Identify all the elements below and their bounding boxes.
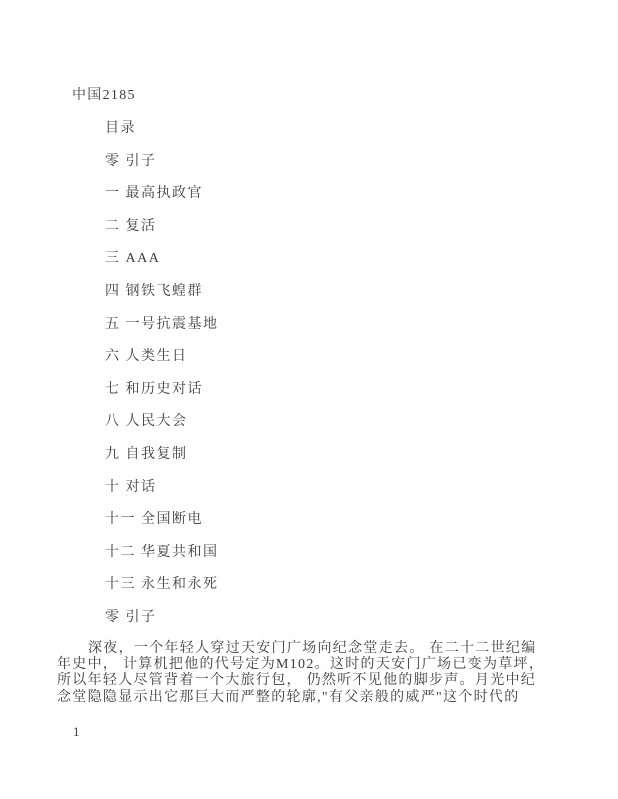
- body-line-0: 深夜，一个年轻人穿过天安门广场向纪念堂走去。 在二十二世纪编: [57, 641, 577, 657]
- body-line-3: 念堂隐隐显示出它那巨大而严整的轮廓,"有父亲般的威严"这个时代的: [57, 690, 577, 706]
- toc-item-10: 十 对话: [105, 472, 219, 505]
- table-of-contents: 目录 零 引子 一 最高执政官 二 复活 三 AAA 四 钢铁飞蝗群 五 一号抗…: [105, 113, 219, 635]
- section-heading: 零 引子: [105, 602, 219, 635]
- toc-item-7: 七 和历史对话: [105, 374, 219, 407]
- toc-item-8: 八 人民大会: [105, 406, 219, 439]
- body-paragraph: 深夜，一个年轻人穿过天安门广场向纪念堂走去。 在二十二世纪编 年史中， 计算机把…: [57, 641, 577, 706]
- toc-item-13: 十三 永生和永死: [105, 569, 219, 602]
- toc-item-4: 四 钢铁飞蝗群: [105, 276, 219, 309]
- document-title: 中国2185: [72, 84, 136, 104]
- toc-item-11: 十一 全国断电: [105, 504, 219, 537]
- toc-heading: 目录: [105, 113, 219, 146]
- toc-item-1: 一 最高执政官: [105, 178, 219, 211]
- body-line-1: 年史中， 计算机把他的代号定为M102。这时的天安门广场已变为草坪，: [57, 657, 577, 673]
- toc-item-12: 十二 华夏共和国: [105, 537, 219, 570]
- toc-item-9: 九 自我复制: [105, 439, 219, 472]
- toc-item-3: 三 AAA: [105, 243, 219, 276]
- document-page: 中国2185 目录 零 引子 一 最高执政官 二 复活 三 AAA 四 钢铁飞蝗…: [0, 0, 618, 799]
- body-line-2: 所以年轻人尽管背着一个大旅行包， 仍然听不见他的脚步声。月光中纪: [57, 673, 577, 689]
- toc-item-6: 六 人类生日: [105, 341, 219, 374]
- toc-item-2: 二 复活: [105, 211, 219, 244]
- page-number: 1: [73, 724, 80, 740]
- toc-item-0: 零 引子: [105, 146, 219, 179]
- toc-item-5: 五 一号抗震基地: [105, 309, 219, 342]
